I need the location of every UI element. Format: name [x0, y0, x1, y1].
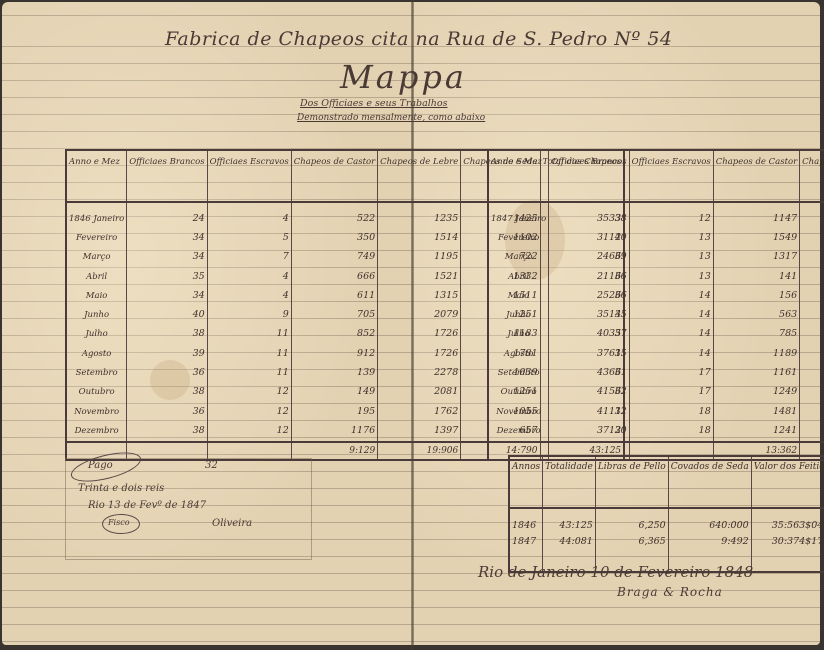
summary-row: 1846 43:125 6,250 640:000 35:563$040 [509, 508, 824, 533]
cell-brancos: 32 [549, 383, 629, 402]
cell-brancos: 40 [127, 305, 207, 324]
table-row: 1847 Janeiro38121147104911393335 [488, 202, 824, 228]
open-ledger-book: Fabrica de Chapeos cita na Rua de S. Ped… [0, 0, 824, 650]
cell-empty [207, 442, 291, 460]
cell-castor: 1161 [713, 363, 799, 382]
cell-castor: 785 [713, 325, 799, 344]
table-row: Junho3514563182012873670 [488, 305, 824, 324]
table-row: Abril3613141257112164626 [488, 267, 824, 286]
cell-lebre: 2081 [378, 383, 461, 402]
table-row: Julho3714785169112813757 [488, 325, 824, 344]
cell-lebre: 833 [800, 344, 824, 363]
cell-brancos: 38 [127, 325, 207, 344]
signature: Braga & Rocha [617, 585, 723, 599]
cell-lebre: 2079 [378, 305, 461, 324]
cell-escravos: 5 [207, 228, 291, 247]
document-heading: Mappa [340, 58, 467, 96]
cell-escravos: 14 [629, 286, 713, 305]
cell-brancos: 35 [549, 305, 629, 324]
cell-castor: 1481 [713, 402, 799, 421]
cell-castor: 1176 [291, 421, 377, 441]
cell-escravos: 11 [207, 325, 291, 344]
cell-totalidade: 43:125 [543, 508, 596, 533]
total-lebre: 19:906 [378, 442, 461, 460]
col-header-officiaes-escravos: Officiaes Escravos [629, 150, 713, 202]
cell-lebre: 1397 [378, 421, 461, 441]
note-amount-words: Trinta e dois reis [78, 483, 164, 494]
cell-lebre: 1726 [378, 344, 461, 363]
cell-brancos: 39 [549, 248, 629, 267]
cell-lebre: 2126 [800, 248, 824, 267]
cell-escravos: 14 [629, 325, 713, 344]
cell-brancos: 31 [549, 363, 629, 382]
cell-lebre: 1235 [378, 202, 461, 228]
cell-lebre: 1691 [800, 325, 824, 344]
col-header-libras-pello: Libras de Pello [595, 456, 668, 508]
document-subtitle-2: Demonstrado mensalmente, como abaixo [297, 113, 485, 123]
cell-brancos: 34 [127, 228, 207, 247]
col-header-chapeos-castor: Chapeos de Castor [713, 150, 799, 202]
cell-brancos: 35 [549, 344, 629, 363]
cell-month: Junho [66, 305, 127, 324]
cell-castor: 912 [291, 344, 377, 363]
cell-brancos: 39 [127, 344, 207, 363]
cell-year: 1847 [509, 533, 543, 549]
cell-lebre: 955 [800, 421, 824, 441]
cell-month: Novembro [66, 402, 127, 421]
cell-lebre: 1521 [378, 267, 461, 286]
cell-brancos: 24 [127, 202, 207, 228]
cell-castor: 1249 [713, 383, 799, 402]
cell-lebre: 1514 [378, 228, 461, 247]
summary-row: 1847 44:081 6,365 9:492 30:374$170 [509, 533, 824, 549]
cell-escravos: 14 [629, 305, 713, 324]
cell-escravos: 12 [207, 421, 291, 441]
col-header-officiaes-escravos: Officiaes Escravos [207, 150, 291, 202]
cell-brancos: 40 [549, 228, 629, 247]
cell-month: Setembro [488, 363, 549, 382]
table-row: Outubro321712497629842995 [488, 383, 824, 402]
col-header-annos: Annos [509, 456, 543, 508]
cell-castor: 156 [713, 286, 799, 305]
cell-month: Setembro [66, 363, 127, 382]
cell-brancos: 34 [127, 248, 207, 267]
cell-castor: 141 [713, 267, 799, 286]
cell-brancos: 30 [549, 421, 629, 441]
cell-escravos: 4 [207, 286, 291, 305]
cell-escravos: 18 [629, 402, 713, 421]
cell-month: Abril [66, 267, 127, 286]
cell-month: Fevereiro [488, 228, 549, 247]
cell-castor: 563 [713, 305, 799, 324]
cell-lebre: 1195 [378, 248, 461, 267]
note-signature: Oliveira [212, 518, 252, 529]
cell-escravos: 17 [629, 363, 713, 382]
table-row: Dezembro301812419558173020 [488, 421, 824, 441]
cell-castor: 611 [291, 286, 377, 305]
cell-brancos: 32 [549, 402, 629, 421]
col-header-chapeos-lebre: Chapeos de Lebre [378, 150, 461, 202]
cell-lebre: 762 [800, 383, 824, 402]
cell-month: Junho [488, 305, 549, 324]
cell-pello: 6,365 [595, 533, 668, 549]
cell-month: Abril [488, 267, 549, 286]
cell-totalidade: 44:081 [543, 533, 596, 549]
place-and-date: Rio de Janeiro 10 de Fevereiro 1848 [478, 563, 753, 581]
cell-month: Março [66, 248, 127, 267]
note-paid-label: Pago [88, 460, 113, 471]
cell-month: Outubro [66, 383, 127, 402]
cell-month: Maio [488, 286, 549, 305]
cell-lebre: 1820 [800, 305, 824, 324]
cell-castor: 350 [291, 228, 377, 247]
cell-escravos: 13 [629, 228, 713, 247]
cell-castor: 1241 [713, 421, 799, 441]
cell-month: Julho [66, 325, 127, 344]
cell-escravos: 12 [207, 402, 291, 421]
cell-brancos: 36 [549, 286, 629, 305]
total-castor: 9:129 [291, 442, 377, 460]
cell-year: 1846 [509, 508, 543, 533]
cell-castor: 195 [291, 402, 377, 421]
cell-escravos: 12 [629, 202, 713, 228]
note-paid-value: 32 [205, 460, 218, 471]
col-header-chapeos-castor: Chapeos de Castor [291, 150, 377, 202]
cell-month: Agosto [488, 344, 549, 363]
cell-month: Dezembro [66, 421, 127, 441]
cell-lebre: 2278 [378, 363, 461, 382]
col-header-covados-seda: Covados de Seda [668, 456, 751, 508]
col-header-valor-feitios: Valor dos Feitios [751, 456, 824, 508]
cell-lebre: 1762 [378, 402, 461, 421]
cell-castor: 666 [291, 267, 377, 286]
table-row: Fevereiro40131549101711073673 [488, 228, 824, 247]
cell-escravos: 12 [207, 383, 291, 402]
cell-brancos: 37 [549, 325, 629, 344]
table-row: Agosto3514118983310623084 [488, 344, 824, 363]
ledger-table-1847: Anno e Mez Officiaes Brancos Officiaes E… [487, 149, 824, 461]
table-row: Novembro3218148198410923544 [488, 402, 824, 421]
cell-seda: 9:492 [668, 533, 751, 549]
cell-castor: 1317 [713, 248, 799, 267]
cell-month: Novembro [488, 402, 549, 421]
ledger-header-row: Anno e Mez Officiaes Brancos Officiaes E… [488, 150, 824, 202]
cell-valor: 30:374$170 [751, 533, 824, 549]
table-row: Setembro31171161109412243479 [488, 363, 824, 382]
col-header-totalidade: Totalidade [543, 456, 596, 508]
cell-castor: 1549 [713, 228, 799, 247]
cell-valor: 35:563$040 [751, 508, 824, 533]
cell-castor: 1147 [713, 202, 799, 228]
cell-brancos: 35 [127, 267, 207, 286]
cell-month: Agosto [66, 344, 127, 363]
cell-lebre: 1315 [378, 286, 461, 305]
cell-lebre: 1049 [800, 202, 824, 228]
cell-castor: 139 [291, 363, 377, 382]
cell-escravos: 4 [207, 202, 291, 228]
note-fisco-label: Fisco [108, 518, 130, 527]
cell-lebre: 1726 [378, 325, 461, 344]
cell-castor: 149 [291, 383, 377, 402]
cell-brancos: 34 [127, 286, 207, 305]
cell-escravos: 13 [629, 248, 713, 267]
cell-brancos: 38 [549, 202, 629, 228]
cell-lebre: 2107 [800, 286, 824, 305]
col-header-officiaes-brancos: Officiaes Brancos [549, 150, 629, 202]
cell-brancos: 36 [127, 363, 207, 382]
cell-castor: 705 [291, 305, 377, 324]
cell-lebre: 984 [800, 402, 824, 421]
cell-escravos: 18 [629, 421, 713, 441]
cell-escravos: 4 [207, 267, 291, 286]
col-header-anno-mez: Anno e Mez [488, 150, 549, 202]
note-date: Rio 13 de Fevº de 1847 [88, 500, 206, 511]
col-header-anno-mez: Anno e Mez [66, 150, 127, 202]
cell-escravos: 11 [207, 363, 291, 382]
cell-lebre: 1017 [800, 228, 824, 247]
cell-lebre: 1094 [800, 363, 824, 382]
cell-castor: 749 [291, 248, 377, 267]
summary-header-row: Annos Totalidade Libras de Pello Covados… [509, 456, 824, 508]
document-title: Fabrica de Chapeos cita na Rua de S. Ped… [165, 28, 665, 50]
cell-brancos: 38 [127, 421, 207, 441]
cell-month: Outubro [488, 383, 549, 402]
cell-month: Maio [66, 286, 127, 305]
cell-escravos: 9 [207, 305, 291, 324]
cell-month: Março [488, 248, 549, 267]
cell-seda: 640:000 [668, 508, 751, 533]
cell-escravos: 13 [629, 267, 713, 286]
cell-month: 1846 Janeiro [66, 202, 127, 228]
cell-month: Fevereiro [66, 228, 127, 247]
cell-pello: 6,250 [595, 508, 668, 533]
cell-brancos: 38 [127, 383, 207, 402]
cell-castor: 852 [291, 325, 377, 344]
cell-escravos: 14 [629, 344, 713, 363]
document-subtitle-1: Dos Officiaes e seus Trabalhos [300, 98, 448, 109]
cell-brancos: 36 [127, 402, 207, 421]
cell-escravos: 11 [207, 344, 291, 363]
summary-table: Annos Totalidade Libras de Pello Covados… [508, 455, 824, 573]
cell-castor: 522 [291, 202, 377, 228]
cell-castor: 1189 [713, 344, 799, 363]
col-header-officiaes-brancos: Officiaes Brancos [127, 150, 207, 202]
cell-empty [751, 549, 824, 572]
cell-month: Julho [488, 325, 549, 344]
table-row: Março39131317212611144557 [488, 248, 824, 267]
col-header-chapeos-lebre: Chapeos de Lebre [800, 150, 824, 202]
cell-month: 1847 Janeiro [488, 202, 549, 228]
cell-lebre: 2571 [800, 267, 824, 286]
cell-escravos: 17 [629, 383, 713, 402]
cell-escravos: 7 [207, 248, 291, 267]
cell-month: Dezembro [488, 421, 549, 441]
cell-brancos: 36 [549, 267, 629, 286]
table-row: Maio3614156210713764339 [488, 286, 824, 305]
